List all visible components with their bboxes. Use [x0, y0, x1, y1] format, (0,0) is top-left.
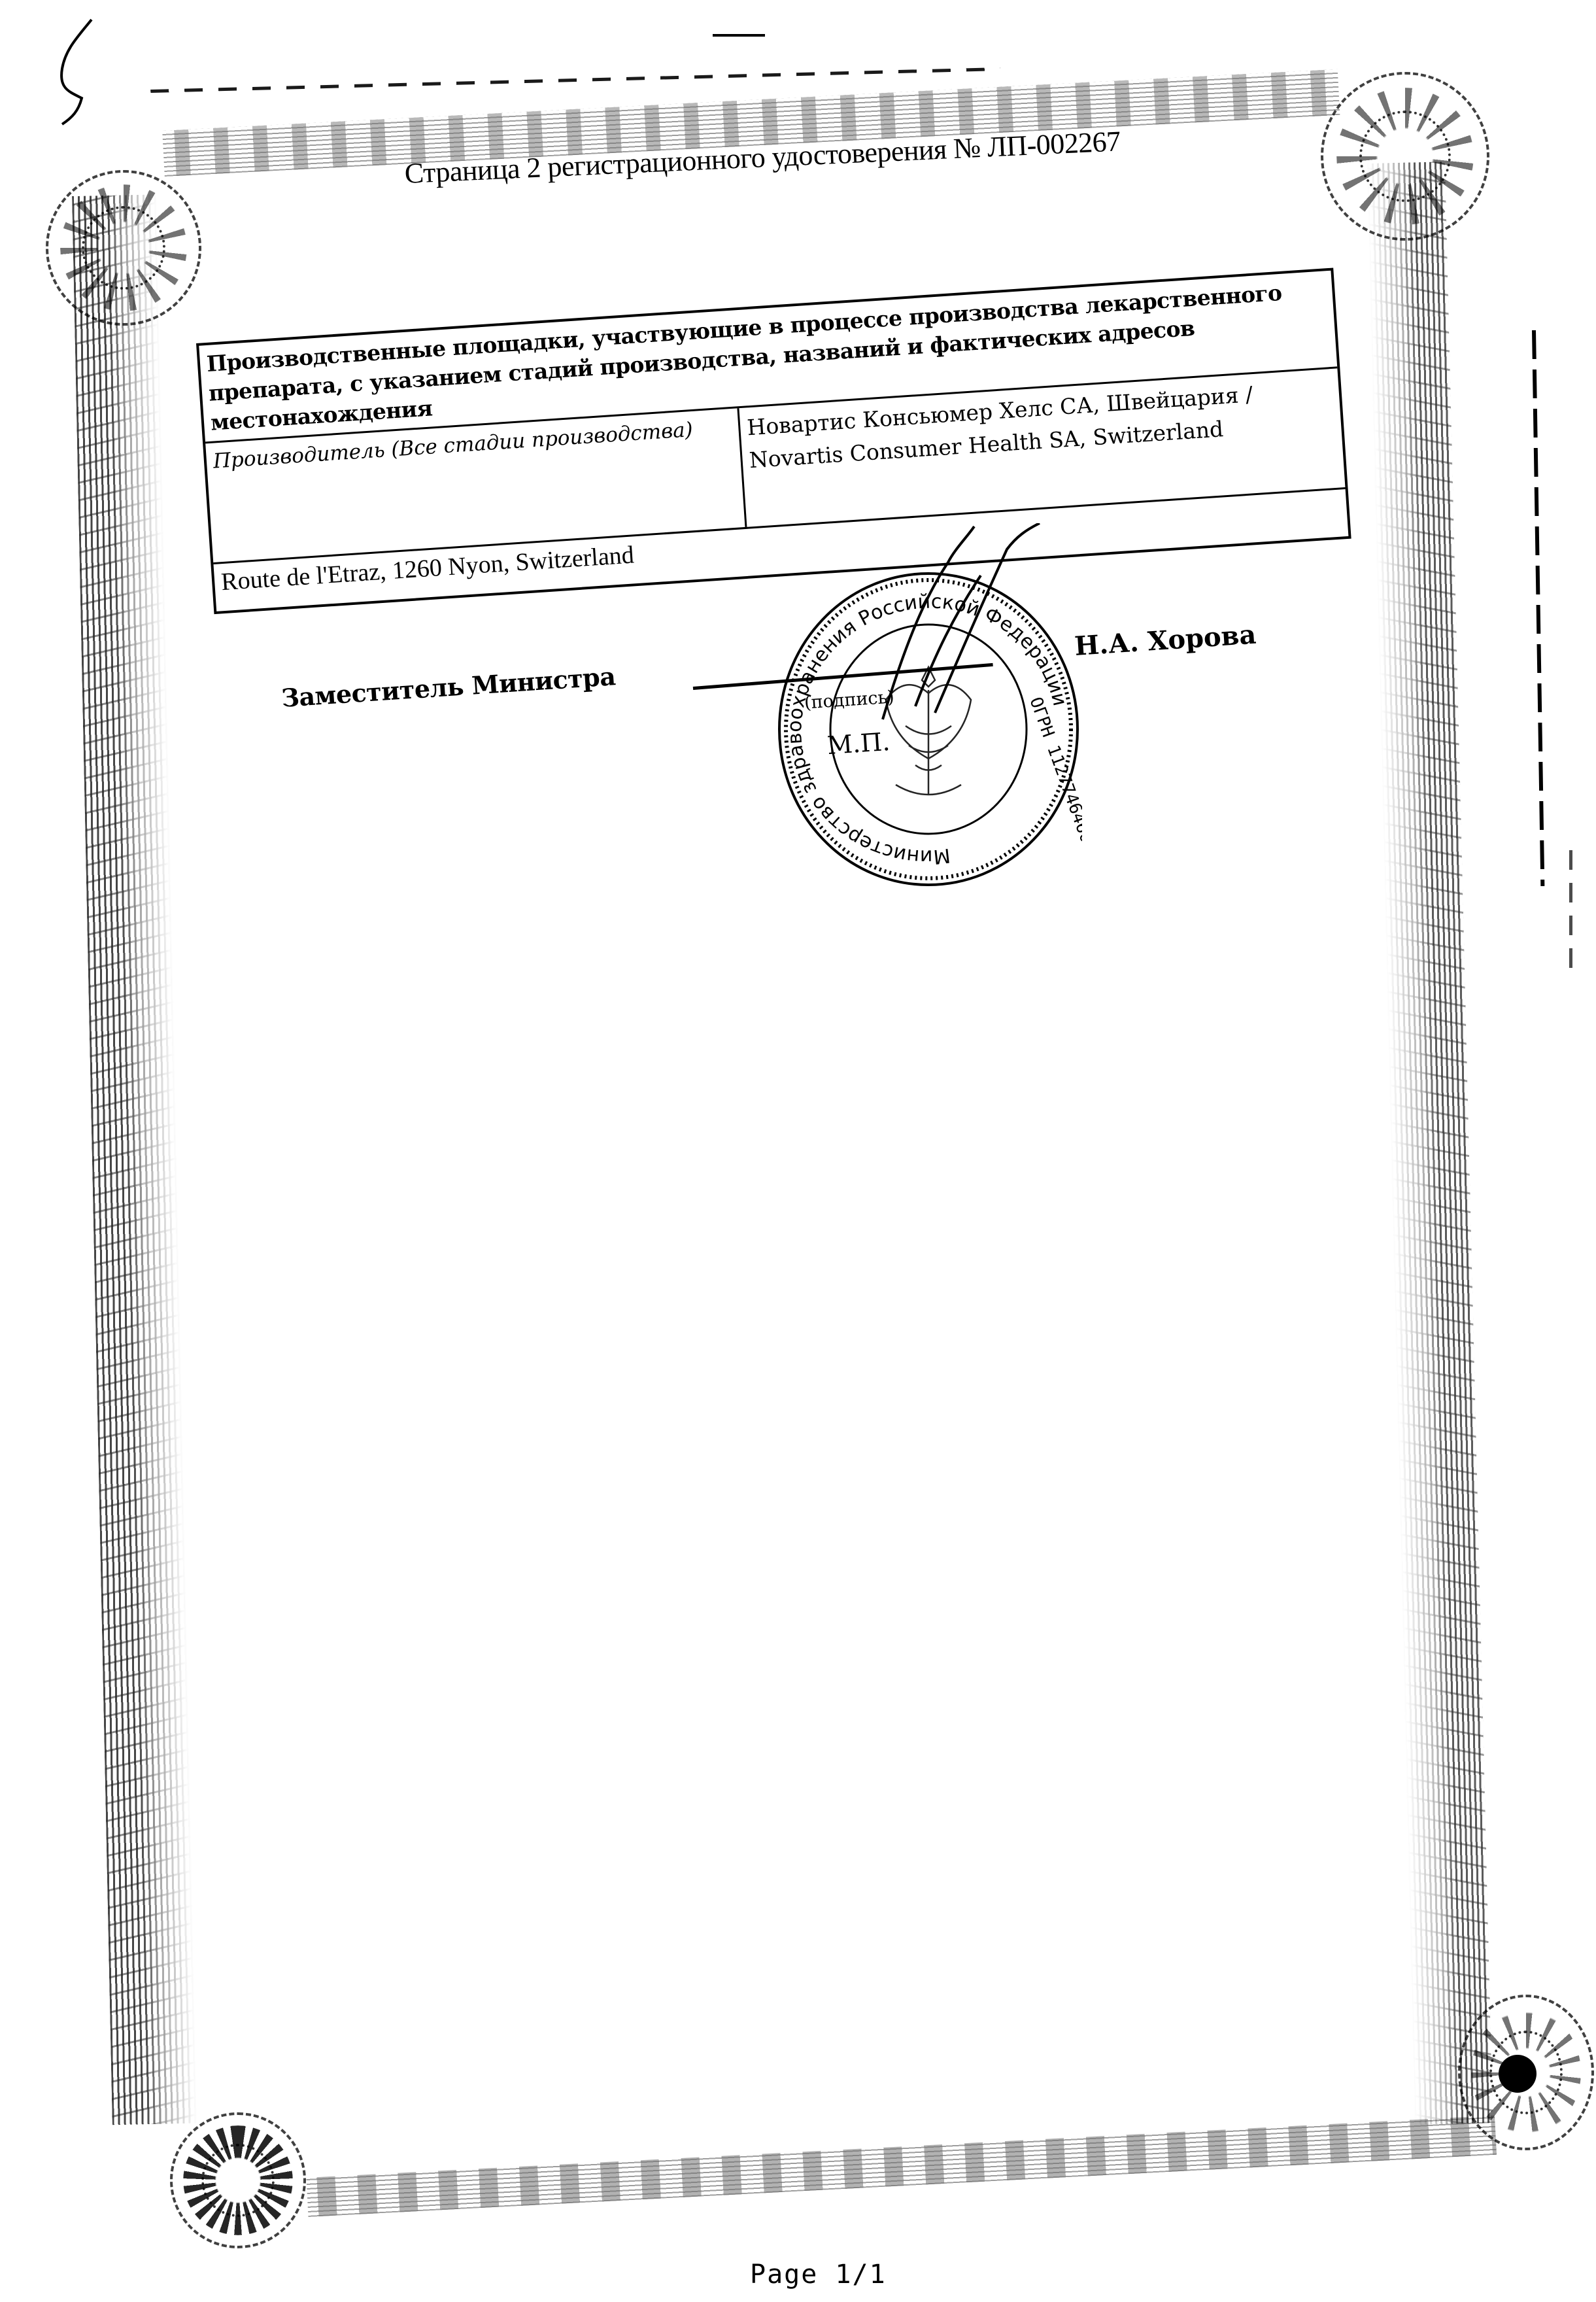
guilloche-border-left: [72, 194, 197, 2125]
corner-rosette-top-left: [46, 170, 201, 326]
top-dashed-mark: [150, 67, 1000, 93]
punch-hole-dot: [1499, 2055, 1537, 2093]
right-edge-dashed-line-2: [1569, 850, 1572, 981]
guilloche-border-bottom: [306, 2116, 1497, 2217]
guilloche-border-right: [1367, 162, 1493, 2125]
corner-rosette-bottom-left: [170, 2112, 306, 2248]
page-footer: Page 1/1: [750, 2259, 887, 2290]
top-dash-mark: [713, 34, 765, 37]
handwritten-signature: [876, 523, 1046, 732]
right-edge-dashed-line: [1532, 330, 1544, 886]
corner-rosette-top-right: [1321, 72, 1489, 241]
pen-scribble-mark: [52, 16, 111, 128]
